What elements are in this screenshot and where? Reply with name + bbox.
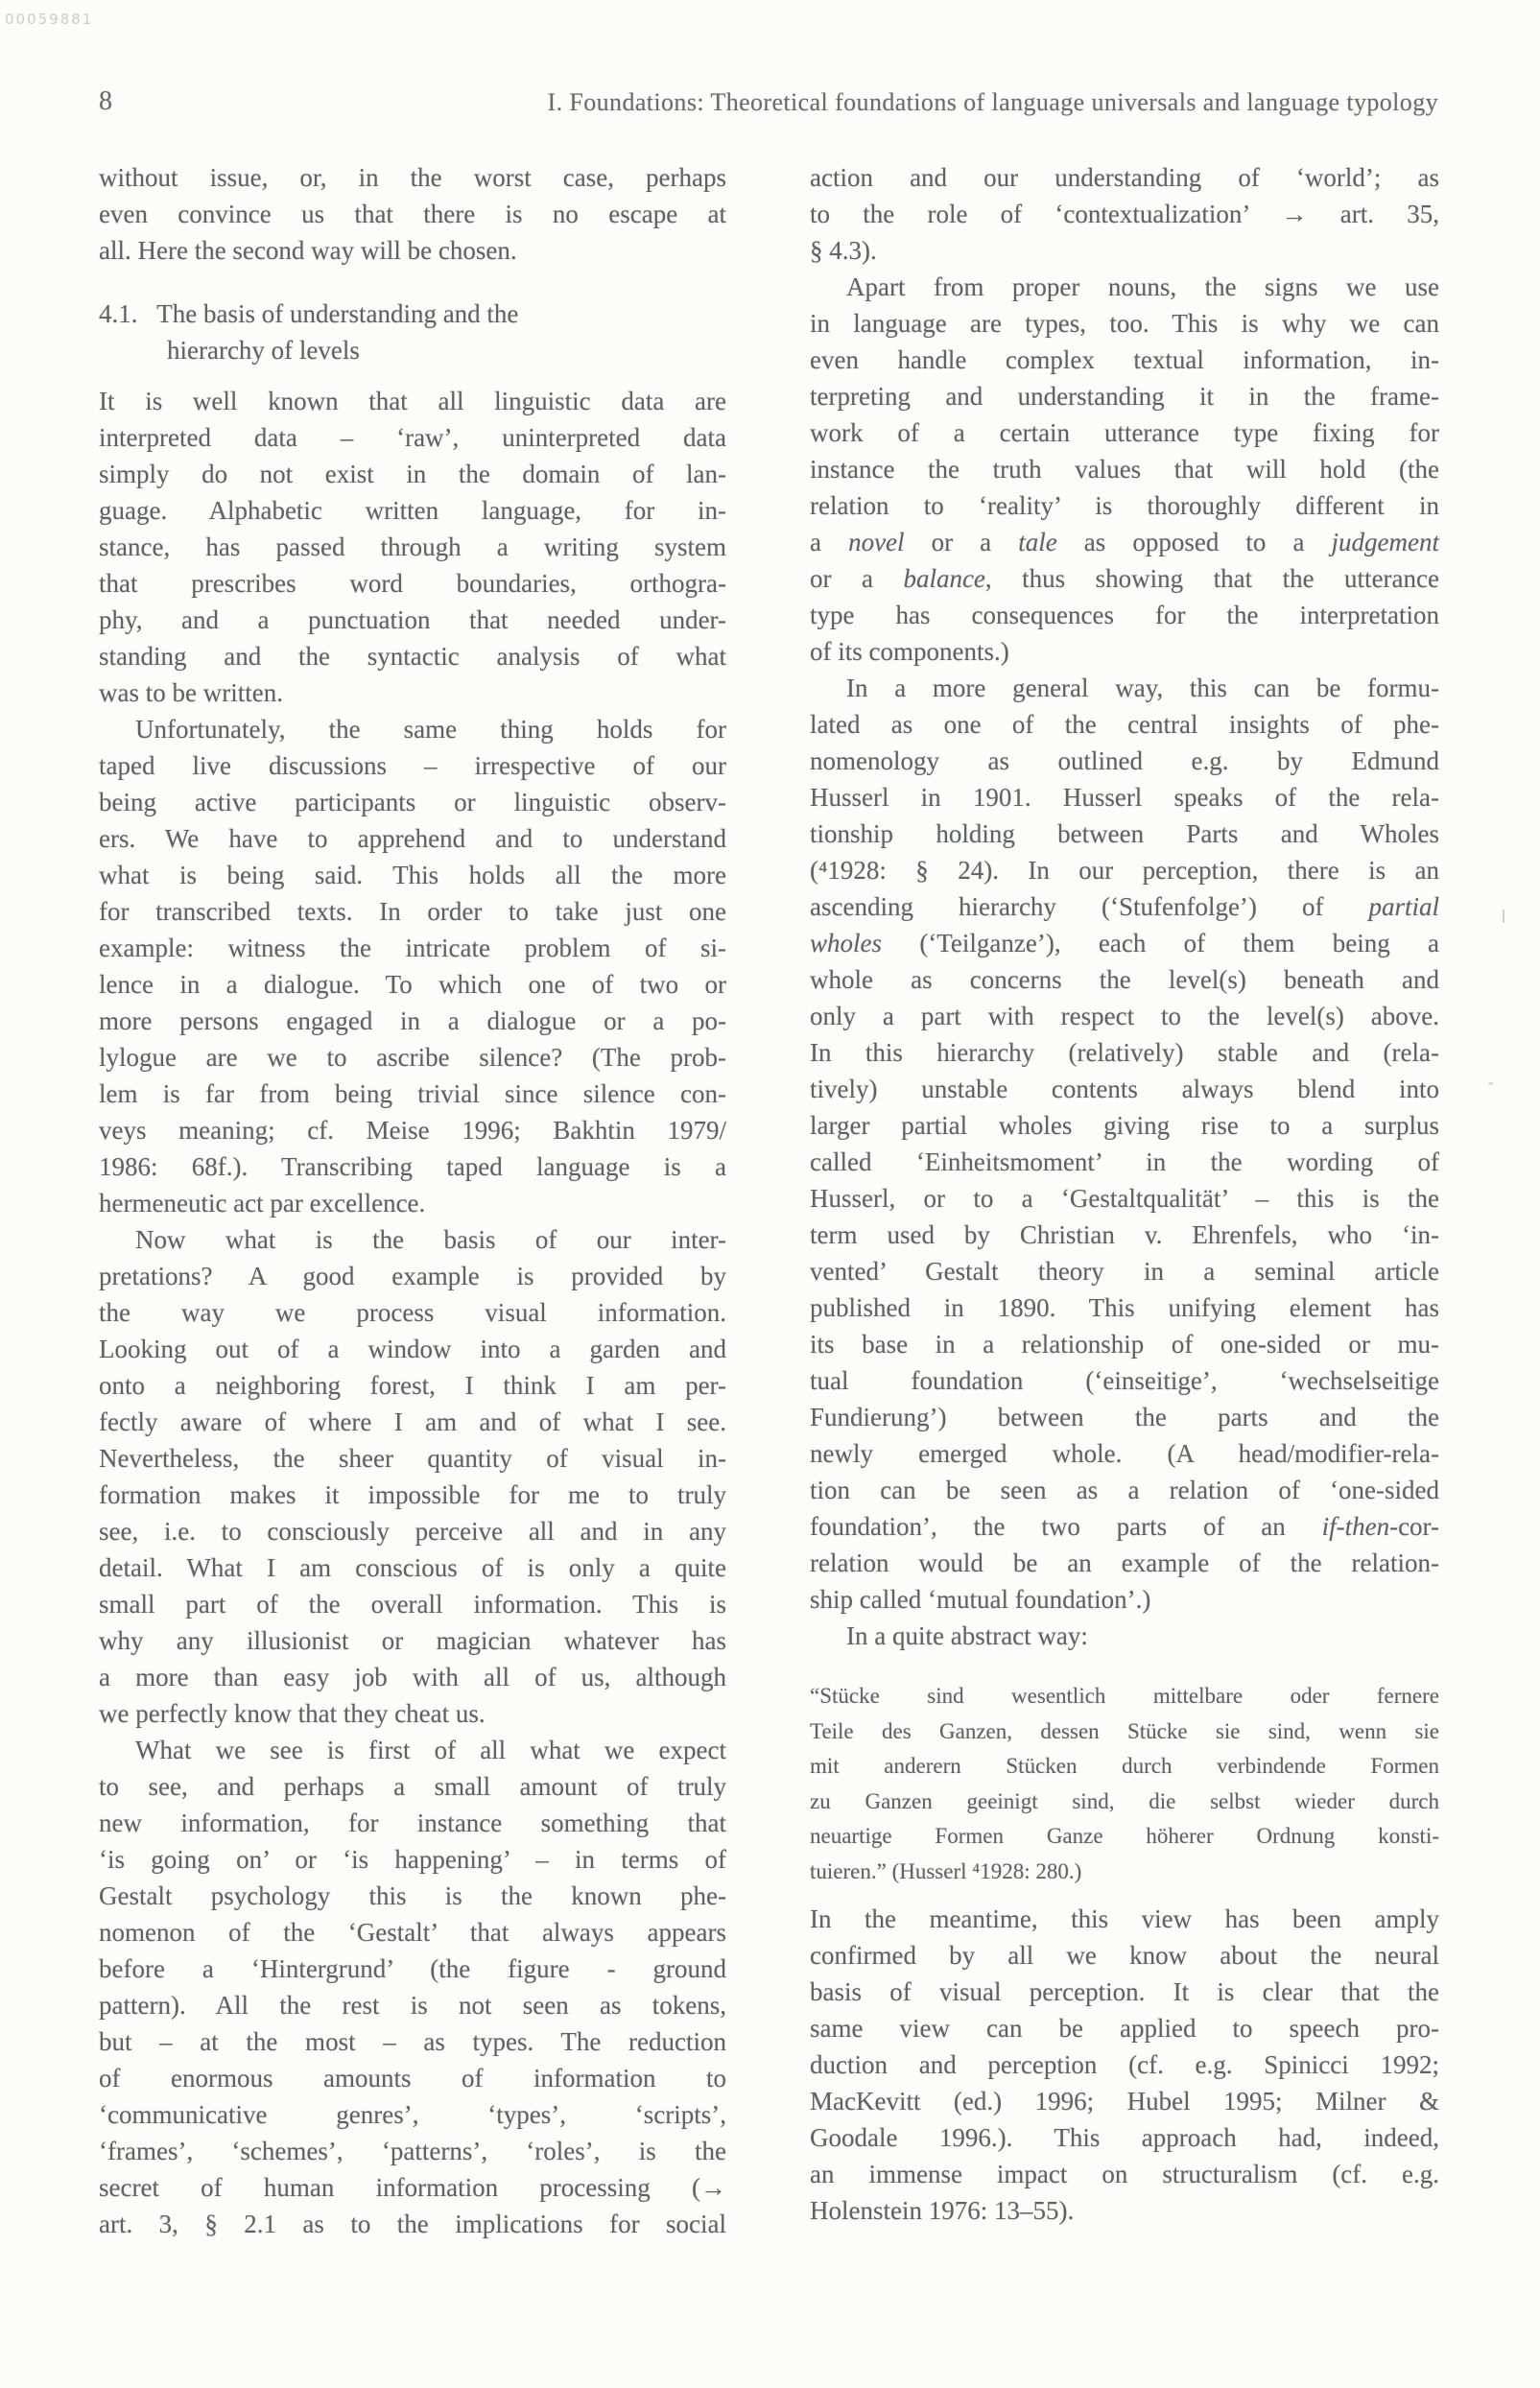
text-line: lem is far from being trivial since sile… <box>99 1076 726 1112</box>
text-line: all. Here the second way will be chosen. <box>99 232 726 269</box>
text-run: as opposed to a <box>1057 528 1332 556</box>
scan-speck <box>1488 1082 1493 1085</box>
text-line: ship called ‘mutual foundation’.) <box>810 1581 1439 1618</box>
text-line: onto a neighboring forest, I think I am … <box>99 1367 726 1404</box>
text-line: duction and perception (cf. e.g. Spinicc… <box>810 2046 1439 2083</box>
text-line: for transcribed texts. In order to take … <box>99 893 726 930</box>
text-line: tion can be seen as a relation of ‘one-s… <box>810 1472 1439 1508</box>
italic-text-run: partial <box>1368 892 1439 921</box>
text-line: ‘is going on’ or ‘is happening’ – in ter… <box>99 1841 726 1878</box>
paragraph: It is well known that all linguistic dat… <box>99 383 726 711</box>
text-line: Nevertheless, the sheer quantity of visu… <box>99 1440 726 1477</box>
text-line: nomenology as outlined e.g. by Edmund <box>810 743 1439 779</box>
text-line: in language are types, too. This is why … <box>810 305 1439 342</box>
text-line: whole as concerns the level(s) beneath a… <box>810 961 1439 998</box>
text-line: being active participants or linguistic … <box>99 784 726 820</box>
scan-artifact-number: 00059881 <box>5 11 93 28</box>
text-line: detail. What I am conscious of is only a… <box>99 1549 726 1586</box>
text-line: interpreted data – ‘raw’, uninterpreted … <box>99 419 726 456</box>
text-line: Goodale 1996.). This approach had, indee… <box>810 2119 1439 2156</box>
text-line: Husserl in 1901. Husserl speaks of the r… <box>810 779 1439 816</box>
text-line: same view can be applied to speech pro- <box>810 2010 1439 2046</box>
text-line: new information, for instance something … <box>99 1805 726 1841</box>
text-line: what is being said. This holds all the m… <box>99 857 726 893</box>
text-line: nomenon of the ‘Gestalt’ that always app… <box>99 1914 726 1951</box>
text-line: of its components.) <box>810 633 1439 670</box>
text-line: tively) unstable contents always blend i… <box>810 1071 1439 1107</box>
text-line: the way we process visual information. <box>99 1294 726 1331</box>
text-line: art. 3, § 2.1 as to the implications for… <box>99 2206 726 2242</box>
text-line: instance the truth values that will hold… <box>810 451 1439 487</box>
text-line: we perfectly know that they cheat us. <box>99 1695 726 1732</box>
text-line: but – at the most – as types. The reduct… <box>99 2023 726 2060</box>
italic-text-run: balance <box>903 564 984 593</box>
text-line: example: witness the intricate problem o… <box>99 930 726 966</box>
paragraph: Apart from proper nouns, the signs we us… <box>810 269 1439 670</box>
text-line: of enormous amounts of information to <box>99 2060 726 2096</box>
text-line: pattern). All the rest is not seen as to… <box>99 1987 726 2023</box>
text-line: Teile des Ganzen, dessen Stücke sie sind… <box>810 1714 1439 1750</box>
text-line: MacKevitt (ed.) 1996; Hubel 1995; Milner… <box>810 2083 1439 2119</box>
text-line: foundation’, the two parts of an if-then… <box>810 1508 1439 1545</box>
italic-text-run: tale <box>1018 528 1057 556</box>
right-column: action and our understanding of ‘world’;… <box>810 159 1439 2229</box>
text-line: In a quite abstract way: <box>810 1618 1439 1654</box>
text-line: What we see is first of all what we expe… <box>99 1732 726 1768</box>
text-line: relation to ‘reality’ is thoroughly diff… <box>810 487 1439 524</box>
text-run: a <box>810 528 848 556</box>
italic-text-run: judgement <box>1332 528 1439 556</box>
text-line: lated as one of the central insights of … <box>810 706 1439 743</box>
text-line: Now what is the basis of our inter- <box>99 1221 726 1258</box>
text-line: an immense impact on structuralism (cf. … <box>810 2156 1439 2192</box>
text-line: was to be written. <box>99 674 726 711</box>
text-line: lylogue are we to ascribe silence? (The … <box>99 1039 726 1076</box>
text-run: (‘Teilganze’), each of them being a <box>882 929 1439 958</box>
text-line: In this hierarchy (relatively) stable an… <box>810 1034 1439 1071</box>
text-run: or a <box>905 528 1019 556</box>
text-line: secret of human information processing (… <box>99 2169 726 2206</box>
text-line: pretations? A good example is provided b… <box>99 1258 726 1294</box>
text-line: called ‘Einheitsmoment’ in the wording o… <box>810 1144 1439 1180</box>
left-column: without issue, or, in the worst case, pe… <box>99 159 726 2242</box>
text-line: tuieren.” (Husserl ⁴1928: 280.) <box>810 1855 1439 1890</box>
text-line: standing and the syntactic analysis of w… <box>99 638 726 674</box>
italic-text-run: if-then <box>1322 1512 1389 1541</box>
page-number: 8 <box>99 86 112 117</box>
text-line: why any illusionist or magician whatever… <box>99 1622 726 1659</box>
text-line: guage. Alphabetic written language, for … <box>99 492 726 529</box>
paragraph: In a more general way, this can be formu… <box>810 670 1439 1618</box>
scanned-book-page: 00059881 8 I. Foundations: Theoretical f… <box>0 0 1540 2388</box>
text-line: term used by Christian v. Ehrenfels, who… <box>810 1217 1439 1253</box>
text-line: 4.1. The basis of understanding and the <box>167 296 726 332</box>
italic-text-run: novel <box>848 528 904 556</box>
text-line: veys meaning; cf. Meise 1996; Bakhtin 19… <box>99 1112 726 1148</box>
text-line: Holenstein 1976: 13–55). <box>810 2192 1439 2229</box>
text-line: or a balance, thus showing that the utte… <box>810 560 1439 597</box>
text-run: foundation’, the two parts of an <box>810 1512 1322 1541</box>
text-line: fectly aware of where I am and of what I… <box>99 1404 726 1440</box>
text-line: 1986: 68f.). Transcribing taped language… <box>99 1148 726 1185</box>
text-line: even convince us that there is no escape… <box>99 196 726 232</box>
text-line: hermeneutic act par excellence. <box>99 1185 726 1221</box>
text-line: Fundierung’) between the parts and the <box>810 1399 1439 1435</box>
text-line: its base in a relationship of one-sided … <box>810 1326 1439 1362</box>
text-line: mit anderern Stücken durch verbindende F… <box>810 1749 1439 1785</box>
text-line: ‘frames’, ‘schemes’, ‘patterns’, ‘roles’… <box>99 2133 726 2169</box>
block-quote: “Stücke sind wesentlich mittelbare oder … <box>810 1679 1439 1889</box>
scan-speck <box>1503 910 1504 923</box>
text-run: , thus showing that the utterance <box>985 564 1439 593</box>
text-line: more persons engaged in a dialogue or a … <box>99 1003 726 1039</box>
paragraph: Unfortunately, the same thing holds fort… <box>99 711 726 1221</box>
text-line: vented’ Gestalt theory in a seminal arti… <box>810 1253 1439 1289</box>
text-line: zu Ganzen geeinigt sind, die selbst wied… <box>810 1785 1439 1820</box>
text-line: lence in a dialogue. To which one of two… <box>99 966 726 1003</box>
text-line: hierarchy of levels <box>167 332 726 368</box>
text-line: ‘communicative genres’, ‘types’, ‘script… <box>99 2096 726 2133</box>
paragraph: What we see is first of all what we expe… <box>99 1732 726 2242</box>
text-line: relation would be an example of the rela… <box>810 1545 1439 1581</box>
text-line: type has consequences for the interpreta… <box>810 597 1439 633</box>
text-line: wholes (‘Teilganze’), each of them being… <box>810 925 1439 961</box>
text-line: a novel or a tale as opposed to a judgem… <box>810 524 1439 560</box>
page-header: 8 I. Foundations: Theoretical foundation… <box>99 86 1438 121</box>
text-line: neuartige Formen Ganze höherer Ordnung k… <box>810 1819 1439 1855</box>
paragraph: action and our understanding of ‘world’;… <box>810 159 1439 269</box>
text-line: to see, and perhaps a small amount of tr… <box>99 1768 726 1805</box>
text-line: Husserl, or to a ‘Gestaltqualität’ – thi… <box>810 1180 1439 1217</box>
text-line: basis of visual perception. It is clear … <box>810 1974 1439 2010</box>
text-line: to the role of ‘contextualization’ → art… <box>810 196 1439 232</box>
text-line: ascending hierarchy (‘Stufenfolge’) of p… <box>810 888 1439 925</box>
text-line: stance, has passed through a writing sys… <box>99 529 726 565</box>
running-title: I. Foundations: Theoretical foundations … <box>548 88 1438 117</box>
text-line: small part of the overall information. T… <box>99 1586 726 1622</box>
text-line: Looking out of a window into a garden an… <box>99 1331 726 1367</box>
text-line: (⁴1928: § 24). In our perception, there … <box>810 852 1439 888</box>
paragraph: In a quite abstract way: <box>810 1618 1439 1654</box>
text-line: In the meantime, this view has been ampl… <box>810 1901 1439 1937</box>
text-run: -cor- <box>1389 1512 1439 1541</box>
paragraph: Now what is the basis of our inter-preta… <box>99 1221 726 1732</box>
text-line: action and our understanding of ‘world’;… <box>810 159 1439 196</box>
text-line: larger partial wholes giving rise to a s… <box>810 1107 1439 1144</box>
text-line: ers. We have to apprehend and to underst… <box>99 820 726 857</box>
paragraph: without issue, or, in the worst case, pe… <box>99 159 726 269</box>
paragraph: In the meantime, this view has been ampl… <box>810 1901 1439 2229</box>
text-line: work of a certain utterance type fixing … <box>810 414 1439 451</box>
text-line: It is well known that all linguistic dat… <box>99 383 726 419</box>
text-line: published in 1890. This unifying element… <box>810 1289 1439 1326</box>
italic-text-run: wholes <box>810 929 882 958</box>
text-line: that prescribes word boundaries, orthogr… <box>99 565 726 602</box>
text-line: only a part with respect to the level(s)… <box>810 998 1439 1034</box>
section-heading: 4.1. The basis of understanding and theh… <box>99 296 726 368</box>
text-line: Apart from proper nouns, the signs we us… <box>810 269 1439 305</box>
text-line: taped live discussions – irrespective of… <box>99 747 726 784</box>
text-line: simply do not exist in the domain of lan… <box>99 456 726 492</box>
text-line: phy, and a punctuation that needed under… <box>99 602 726 638</box>
text-line: Gestalt psychology this is the known phe… <box>99 1878 726 1914</box>
text-line: a more than easy job with all of us, alt… <box>99 1659 726 1695</box>
page-body: without issue, or, in the worst case, pe… <box>99 159 1439 2242</box>
text-line: even handle complex textual information,… <box>810 342 1439 378</box>
text-line: newly emerged whole. (A head/modifier-re… <box>810 1435 1439 1472</box>
text-line: confirmed by all we know about the neura… <box>810 1937 1439 1974</box>
text-run: or a <box>810 564 903 593</box>
text-line: without issue, or, in the worst case, pe… <box>99 159 726 196</box>
text-line: “Stücke sind wesentlich mittelbare oder … <box>810 1679 1439 1714</box>
text-line: § 4.3). <box>810 232 1439 269</box>
text-line: see, i.e. to consciously perceive all an… <box>99 1513 726 1549</box>
text-line: before a ‘Hintergrund’ (the figure - gro… <box>99 1951 726 1987</box>
text-line: In a more general way, this can be formu… <box>810 670 1439 706</box>
text-line: formation makes it impossible for me to … <box>99 1477 726 1513</box>
text-run: ascending hierarchy (‘Stufenfolge’) of <box>810 892 1368 921</box>
text-line: tionship holding between Parts and Whole… <box>810 816 1439 852</box>
text-line: Unfortunately, the same thing holds for <box>99 711 726 747</box>
text-line: terpreting and understanding it in the f… <box>810 378 1439 414</box>
text-line: tual foundation (‘einseitige’, ‘wechsels… <box>810 1362 1439 1399</box>
